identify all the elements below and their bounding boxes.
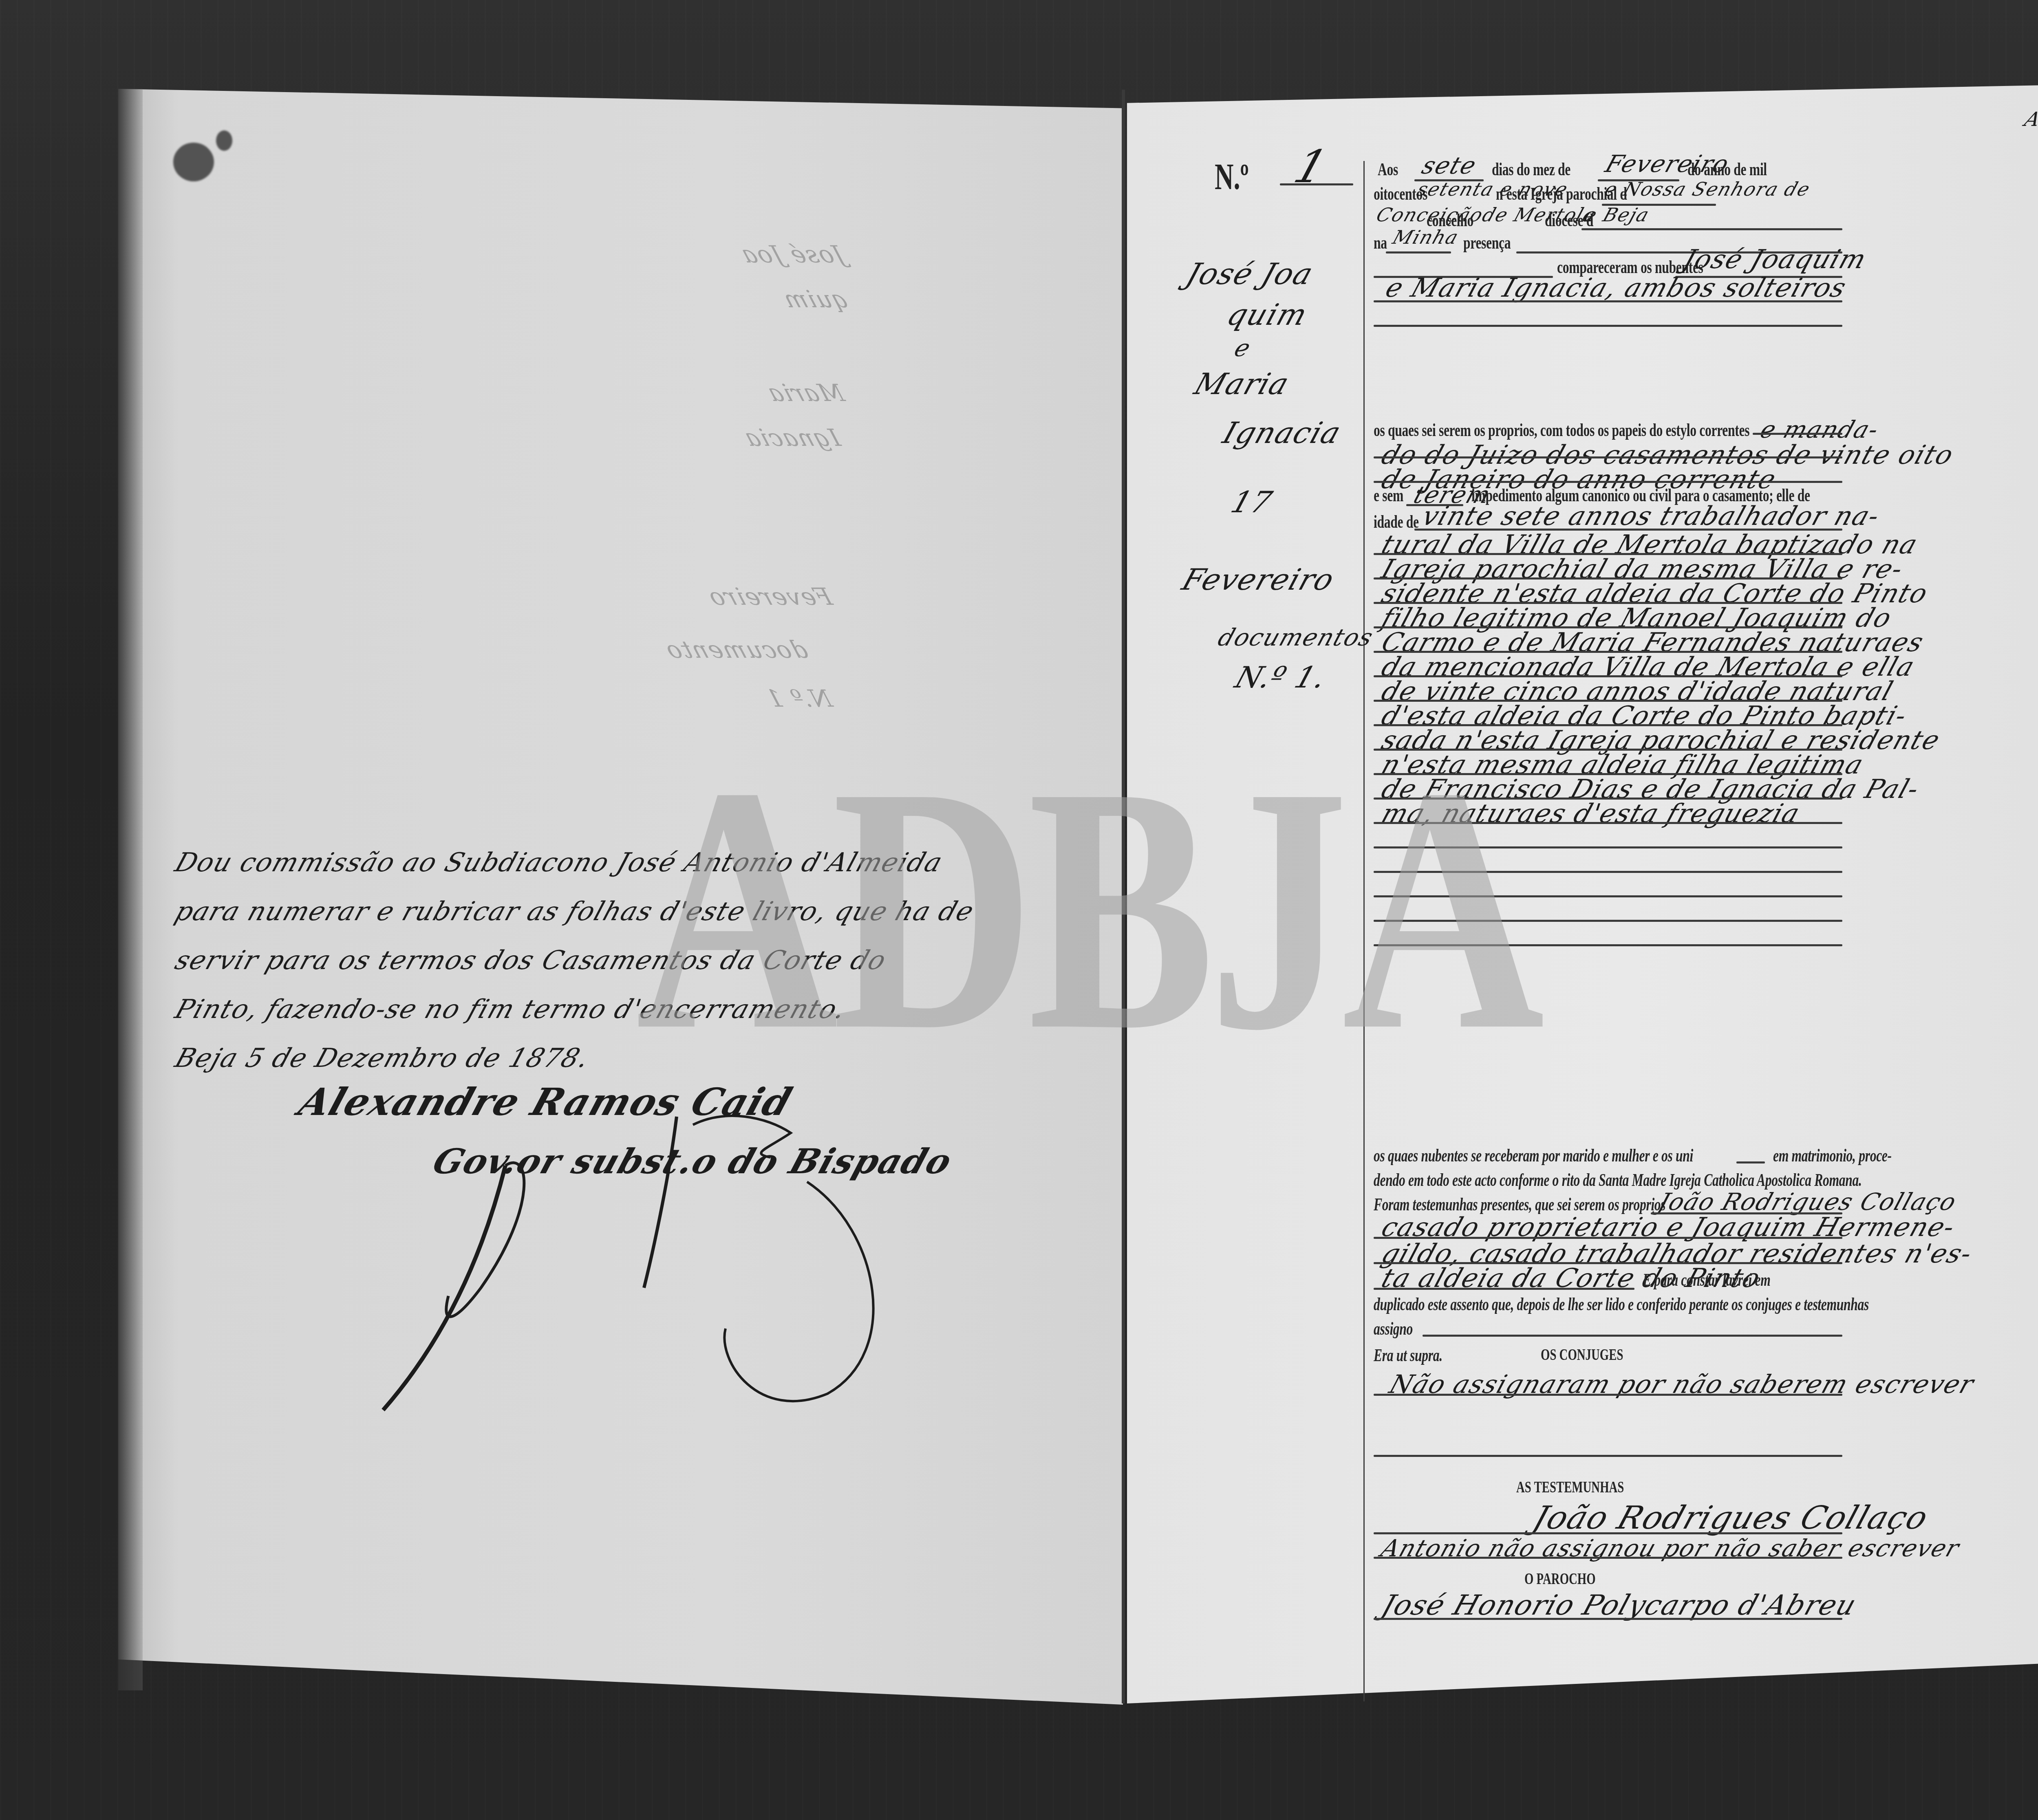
left-binding-edge [118,89,143,1690]
form-rule [1374,846,1842,848]
ink-stain [173,143,214,181]
margin-bride-name: Ignacia [1219,416,1345,450]
form-rule [1374,944,1842,946]
signature-rule [1374,1394,1842,1396]
form-printed-text: e sem [1374,485,1403,506]
form-printed-text: do anno de mil [1687,159,1767,180]
form-printed-text: os quaes sei serem os proprios, com todo… [1374,420,1749,441]
signature-rule [1374,1455,1842,1457]
book-spine [1122,90,1125,1703]
form-printed-text: em matrimonio, proce- [1773,1145,1892,1166]
bleed-through-note: documento [662,636,811,663]
form-bride-value: e Maria Ignacia, ambos solteiros [1382,273,1851,303]
form-rule [1374,456,1842,458]
form-printed-text: Era ut supra. [1374,1345,1442,1366]
margin-divider [1363,161,1365,1701]
testemunhas-label: AS TESTEMUNHAS [1516,1477,1624,1496]
form-handwritten-line: ma, naturaes d'esta freguezia [1378,799,1804,829]
conjuges-label: OS CONJUGES [1541,1345,1623,1364]
form-parish-value: e Nossa Senhora de [1602,178,1813,200]
form-witness-1-value: João Rodrigues Collaço [1655,1188,1961,1216]
bleed-through-note: José Joa [737,240,848,268]
form-handwritten: e manda- [1757,416,1883,443]
form-rule [1374,300,1842,302]
form-handwritten: vinte sete annos trabalhador na- [1418,501,1884,531]
form-printed-text: Foram testemunhas presentes, que sei ser… [1374,1194,1665,1215]
bleed-through-note: quim [779,285,852,313]
form-rule [1753,433,1842,435]
form-printed-text: os quaes nubentes se receberam por marid… [1374,1145,1693,1166]
form-groom-value: José Joaquim [1679,245,1870,275]
witness-1-signature: João Rodrigues Collaço [1528,1500,1933,1536]
entry-number-rule [1280,183,1353,185]
margin-month: Fevereiro [1178,562,1339,597]
form-diocese-value: e Beja [1581,204,1652,226]
ink-stain [216,130,232,151]
margin-groom-name: José Joa [1182,257,1318,291]
form-rule [1423,1335,1842,1337]
entry-number-label: N.º [1215,155,1249,198]
form-rule [1374,325,1842,327]
form-rule [1374,1288,1634,1290]
form-rule [1386,251,1451,253]
commission-line: servir para os termos dos Casamentos da … [171,945,890,976]
bleed-through-note: N.º 1 [762,685,836,712]
form-day-value: sete [1418,152,1480,179]
margin-documents-number: N.º 1. [1231,660,1331,694]
form-printed-text: presença [1463,232,1511,253]
form-rule [1581,228,1842,230]
margin-bride-name: Maria [1190,367,1294,401]
form-place-value: Minha [1390,226,1462,248]
form-rule [1736,1161,1765,1163]
form-printed-text: dendo em todo este acto conforme o rito … [1374,1170,1862,1190]
commission-line: para numerar e rubricar as folhas d'este… [171,897,978,927]
bleed-through-note: Ignacia [740,424,844,452]
signature-rule [1374,1618,1842,1620]
commission-line: Pinto, fazendo-se no fim termo d'encerra… [171,994,850,1025]
bleed-through-note: Maria [763,379,848,407]
margin-groom-name: quim [1223,297,1312,332]
bleed-through-note: Fevereiro [704,583,836,610]
form-rule [1374,895,1842,897]
form-printed-text: na [1374,232,1387,253]
commission-line: Dou commissão ao Subdiacono José Antonio… [171,848,946,878]
parocho-label: O PAROCHO [1524,1569,1596,1588]
form-printed-text: assigno [1374,1318,1413,1339]
form-printed-text: Aos [1378,159,1398,180]
signature-flourish [359,1100,929,1426]
signature-rule [1374,1557,1842,1559]
form-printed-text: dias do mez de [1492,159,1570,180]
parocho-signature: José Honorio Polycarpo d'Abreu [1378,1589,1861,1622]
margin-documents-label: documentos [1215,624,1377,651]
form-printed-text: duplicado este assento que, depois de lh… [1374,1294,1869,1315]
form-rule [1374,920,1842,922]
form-rule [1374,822,1842,824]
commission-date: Beja 5 de Dezembro de 1878. [171,1043,593,1073]
form-rule [1374,871,1842,873]
form-printed-text: E para constar lavrei em [1643,1269,1770,1290]
form-printed-text: idade de [1374,511,1419,532]
